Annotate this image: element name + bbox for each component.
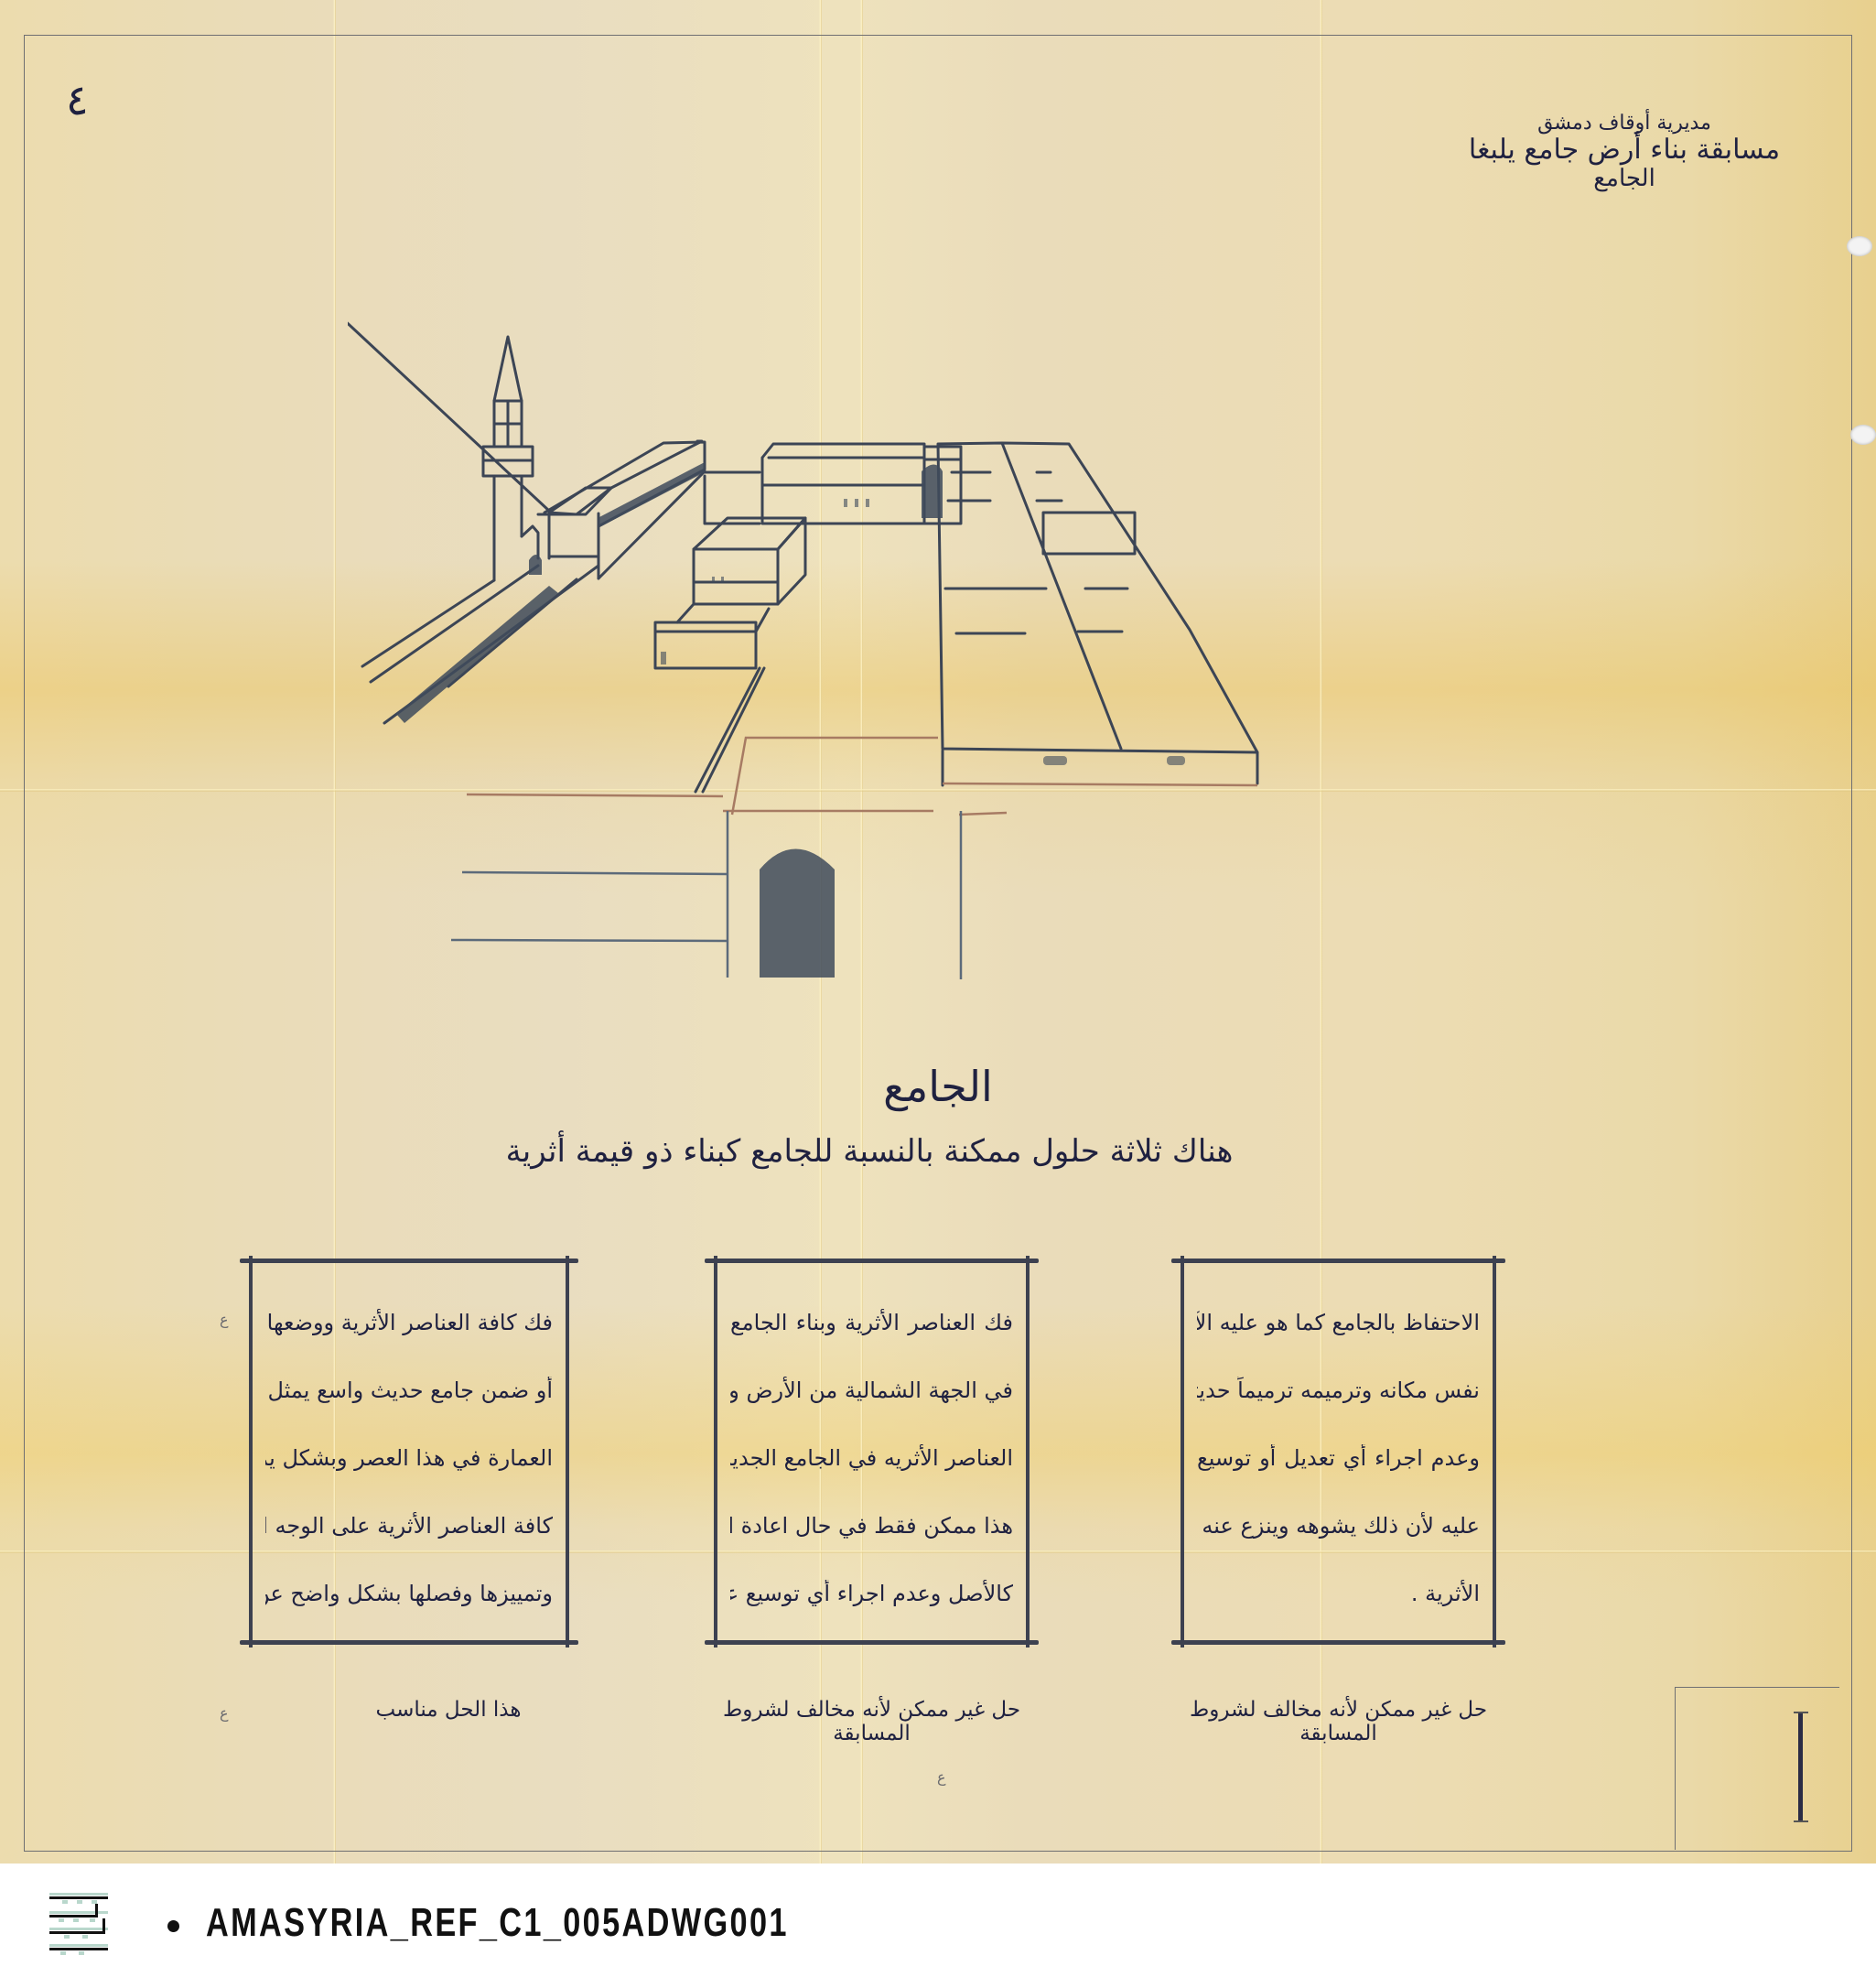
- page-number: ٤: [66, 75, 89, 124]
- solution-line: فك كافة العناصر الأثرية ووضعها قرب: [265, 1309, 553, 1377]
- verdict-solution-2: حل غير ممكن لأنه مخالف لشروط المسابقة: [705, 1698, 1039, 1745]
- margin-mark: ع: [220, 1311, 229, 1328]
- solution-line: العمارة في هذا العصر وبشكل يمكن فيه ابرا…: [265, 1444, 553, 1512]
- punch-hole: [1847, 236, 1872, 256]
- header-directorate: مديرية أوقاف دمشق: [1464, 112, 1784, 135]
- solution-line: في الجهة الشمالية من الأرض وتركيب: [730, 1377, 1013, 1444]
- solution-line: أو ضمن جامع حديث واسع يمثل تطور فن: [265, 1377, 553, 1444]
- header-competition: مسابقة بناء أرض جامع يلبغا: [1464, 134, 1784, 166]
- solution-line: العناصر الأثريه في الجامع الجديد ،: [730, 1444, 1013, 1512]
- archive-reference-code: AMASYRIA_REF_C1_005ADWG001: [206, 1900, 789, 1946]
- solution-line: وعدم اجراء أي تعديل أو توسيع: [1197, 1444, 1480, 1512]
- drawing-sheet: ٤ مديرية أوقاف دمشق مسابقة بناء أرض جامع…: [0, 0, 1876, 1864]
- solution-box-2: فك العناصر الأثرية وبناء الجامع في الجهة…: [714, 1256, 1030, 1647]
- solution-line: الأثرية .: [1197, 1580, 1480, 1647]
- solution-line: وتمييزها وفصلها بشكل واضح عن العناصر الح…: [265, 1580, 553, 1647]
- solution-line: فك العناصر الأثرية وبناء الجامع: [730, 1309, 1013, 1377]
- section-title: الجامع: [0, 1062, 1876, 1111]
- solution-box-1: الاحتفاظ بالجامع كما هو عليه الآن حالياً…: [1181, 1256, 1496, 1647]
- mosque-perspective-sketch: [348, 320, 1318, 1016]
- solution-box-3: فك كافة العناصر الأثرية ووضعها قرب أو ضم…: [249, 1256, 569, 1647]
- verdict-solution-3: هذا الحل مناسب: [348, 1698, 549, 1722]
- bullet-icon: [167, 1920, 179, 1932]
- solution-line: الاحتفاظ بالجامع كما هو عليه الآن حالياً…: [1197, 1309, 1480, 1377]
- verdict-solution-1: حل غير ممكن لأنه مخالف لشروط المسابقة: [1181, 1698, 1496, 1745]
- solution-line: عليه لأن ذلك يشوهه وينزع عنه قيمته: [1197, 1512, 1480, 1580]
- title-block: [1675, 1687, 1839, 1850]
- margin-mark: ع: [220, 1704, 229, 1722]
- scale-tick: [1794, 1712, 1808, 1713]
- solution-line: نفس مكانه وترميمه ترميماً حديثاً: [1197, 1377, 1480, 1444]
- header-section: الجامع: [1464, 165, 1784, 192]
- solution-line: كافة العناصر الأثرية على الوجه الأكمل: [265, 1512, 553, 1580]
- scale-bar: [1798, 1712, 1803, 1821]
- section-subtitle: هناك ثلاثة حلول ممكنة بالنسبة للجامع كبن…: [458, 1133, 1281, 1170]
- punch-hole: [1850, 425, 1876, 445]
- margin-mark: ع: [937, 1768, 946, 1786]
- solution-line: هذا ممكن فقط في حال اعادة البناء تماماً: [730, 1512, 1013, 1580]
- archive-logo-icon: [49, 1891, 108, 1957]
- solution-line: كالأصل وعدم اجراء أي توسيع على الحرم .: [730, 1580, 1013, 1647]
- scale-tick: [1794, 1820, 1808, 1822]
